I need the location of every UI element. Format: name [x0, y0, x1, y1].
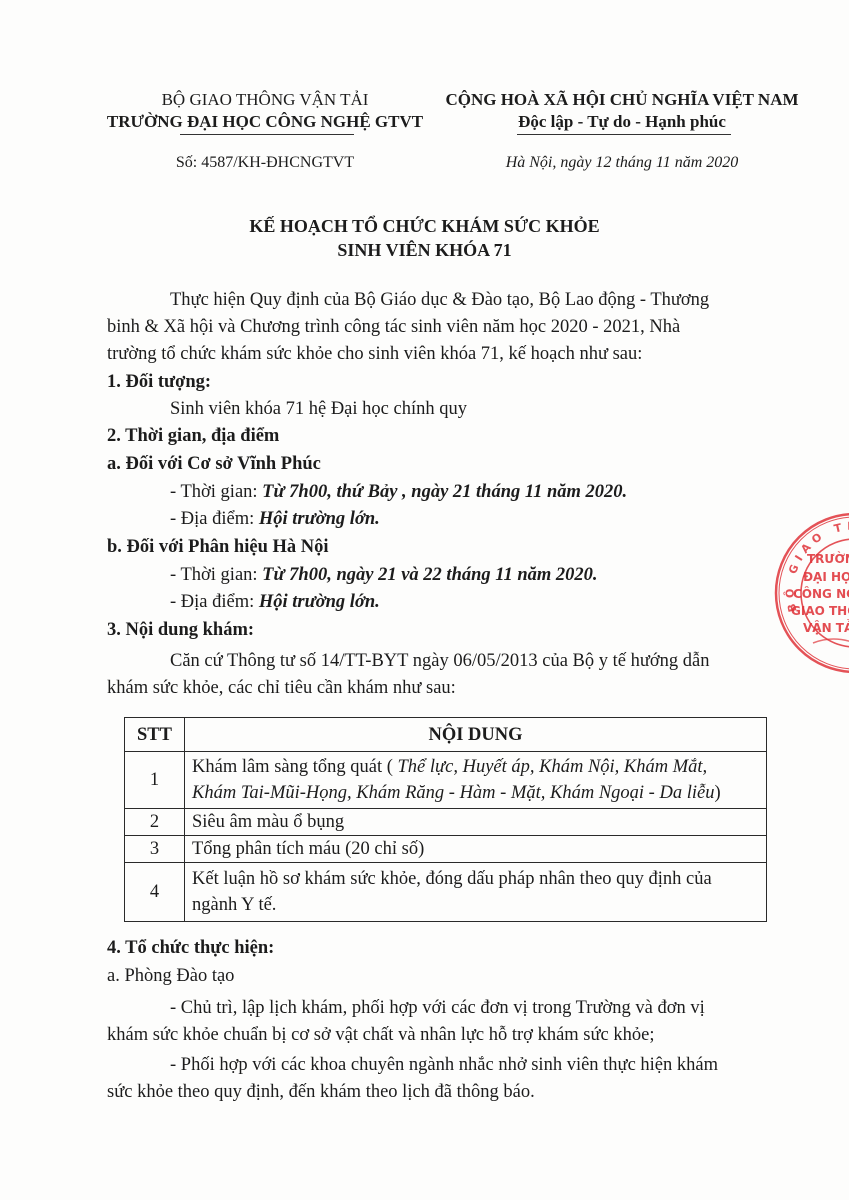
section-4a-heading: a. Phòng Đào tạo	[107, 966, 234, 987]
section-1-heading: 1. Đối tượng:	[107, 372, 211, 393]
time-label: - Thời gian:	[170, 565, 262, 585]
section-4-item-2-line-2: sức khỏe theo quy định, đến khám theo lị…	[107, 1082, 535, 1103]
national-motto: Độc lập - Tự do - Hạnh phúc	[432, 112, 812, 132]
table-row: 3 Tổng phân tích máu (20 chỉ số)	[125, 836, 767, 863]
time-label: - Thời gian:	[170, 482, 262, 502]
place-label: - Địa điểm:	[170, 592, 259, 612]
intro-line-3: trường tổ chức khám sức khỏe cho sinh vi…	[107, 344, 642, 365]
place-value: Hội trường lớn.	[259, 592, 380, 612]
table-row: 1 Khám lâm sàng tổng quát ( Thể lực, Huy…	[125, 752, 767, 809]
intro-line-1: Thực hiện Quy định của Bộ Giáo dục & Đào…	[170, 290, 709, 311]
official-seal-stamp: BỘ GIAO THÔNG V TRƯỜNG ĐẠI HỌC CÔNG NGHỆ…	[773, 511, 849, 675]
stamp-line: TRƯỜNG	[807, 551, 849, 566]
header-content: NỘI DUNG	[185, 718, 767, 752]
national-title: CỘNG HOÀ XÃ HỘI CHỦ NGHĨA VIỆT NAM	[432, 90, 812, 110]
table-header-row: STT NỘI DUNG	[125, 718, 767, 752]
row-text: Kết luận hồ sơ khám sức khỏe, đóng dấu p…	[192, 869, 712, 889]
section-4-item-1-line-2: khám sức khỏe chuẩn bị cơ sở vật chất và…	[107, 1025, 654, 1046]
dateline: Hà Nội, ngày 12 tháng 11 năm 2020	[432, 154, 812, 172]
section-3-heading: 3. Nội dung khám:	[107, 620, 254, 641]
stamp-line: VẬN TẢI	[803, 619, 849, 635]
section-2a-time: - Thời gian: Từ 7h00, thứ Bảy , ngày 21 …	[170, 482, 627, 503]
section-1-text: Sinh viên khóa 71 hệ Đại học chính quy	[170, 399, 467, 420]
row-content: Tổng phân tích máu (20 chỉ số)	[185, 836, 767, 863]
school-name: TRƯỜNG ĐẠI HỌC CÔNG NGHỆ GTVT	[70, 112, 460, 132]
document-number: Số: 4587/KH-ĐHCNGTVT	[70, 154, 460, 172]
stamp-line: GIAO THÔNG	[791, 603, 849, 618]
document-title: KẾ HOẠCH TỔ CHỨC KHÁM SỨC KHỎE	[0, 216, 849, 237]
document-subtitle: SINH VIÊN KHÓA 71	[0, 240, 849, 261]
exam-content-table: STT NỘI DUNG 1 Khám lâm sàng tổng quát (…	[124, 717, 767, 922]
section-4-item-2-line-1: - Phối hợp với các khoa chuyên ngành nhắ…	[170, 1055, 718, 1076]
stamp-line: CÔNG NGHỆ	[793, 586, 849, 601]
row-stt: 3	[125, 836, 185, 863]
place-label: - Địa điểm:	[170, 509, 259, 529]
row-text-italic: Khám Tai-Mũi-Họng, Khám Răng - Hàm - Mặt…	[192, 783, 714, 803]
row-text: )	[714, 783, 720, 803]
section-2b-time: - Thời gian: Từ 7h00, ngày 21 và 22 thán…	[170, 565, 598, 586]
section-2a-heading: a. Đối với Cơ sở Vĩnh Phúc	[107, 454, 321, 475]
row-content: Siêu âm màu ổ bụng	[185, 809, 767, 836]
row-content: Kết luận hồ sơ khám sức khỏe, đóng dấu p…	[185, 863, 767, 922]
time-value: Từ 7h00, ngày 21 và 22 tháng 11 năm 2020…	[262, 565, 597, 585]
row-content: Khám lâm sàng tổng quát ( Thể lực, Huyết…	[185, 752, 767, 809]
row-text: Khám lâm sàng tổng quát (	[192, 757, 398, 777]
school-underline	[180, 134, 354, 135]
section-3-line-2: khám sức khỏe, các chỉ tiêu cần khám như…	[107, 678, 456, 699]
row-text: ngành Y tế.	[192, 895, 276, 915]
section-2-heading: 2. Thời gian, địa điểm	[107, 426, 279, 447]
table-row: 4 Kết luận hồ sơ khám sức khỏe, đóng dấu…	[125, 863, 767, 922]
ministry-name: BỘ GIAO THÔNG VẬN TẢI	[70, 90, 460, 110]
motto-underline	[517, 134, 731, 135]
section-2b-place: - Địa điểm: Hội trường lớn.	[170, 592, 380, 613]
row-stt: 1	[125, 752, 185, 809]
time-value: Từ 7h00, thứ Bảy , ngày 21 tháng 11 năm …	[262, 482, 627, 502]
place-value: Hội trường lớn.	[259, 509, 380, 529]
table-row: 2 Siêu âm màu ổ bụng	[125, 809, 767, 836]
section-4-heading: 4. Tổ chức thực hiện:	[107, 938, 274, 959]
header-stt: STT	[125, 718, 185, 752]
row-text-italic: Thể lực, Huyết áp, Khám Nội, Khám Mắt,	[398, 757, 708, 777]
section-4-item-1-line-1: - Chủ trì, lập lịch khám, phối hợp với c…	[170, 998, 705, 1019]
row-stt: 2	[125, 809, 185, 836]
intro-line-2: binh & Xã hội và Chương trình công tác s…	[107, 317, 680, 338]
section-2a-place: - Địa điểm: Hội trường lớn.	[170, 509, 380, 530]
section-3-line-1: Căn cứ Thông tư số 14/TT-BYT ngày 06/05/…	[170, 651, 710, 672]
section-2b-heading: b. Đối với Phân hiệu Hà Nội	[107, 537, 329, 558]
row-stt: 4	[125, 863, 185, 922]
stamp-line: ĐẠI HỌC	[803, 570, 849, 584]
